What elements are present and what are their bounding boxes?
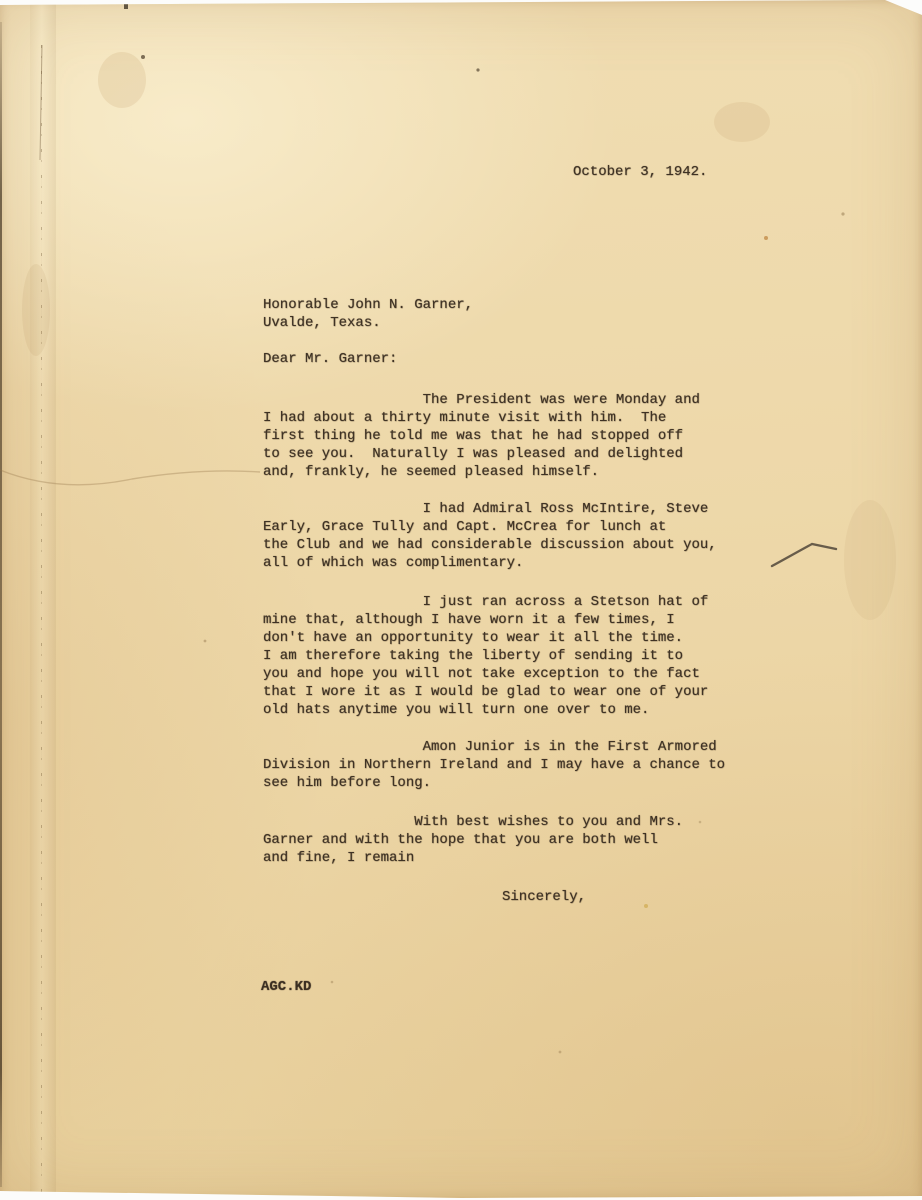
pencil-check-mark: [772, 544, 836, 566]
recipient-address: Honorable John N. Garner, Uvalde, Texas.: [263, 296, 473, 332]
closing-sincerely: Sincerely,: [502, 888, 586, 906]
paragraph-president-visit: The President was were Monday and I had …: [263, 391, 700, 481]
paragraph-stetson-hat: I just ran across a Stetson hat of mine …: [263, 593, 708, 719]
fold-crease-line: [41, 45, 42, 1195]
salutation: Dear Mr. Garner:: [263, 350, 397, 368]
letter-page: October 3, 1942. Honorable John N. Garne…: [0, 0, 922, 1200]
fold-shade: [30, 0, 56, 1200]
letter-date: October 3, 1942.: [573, 163, 707, 181]
paragraph-lunch-guests: I had Admiral Ross McIntire, Steve Early…: [263, 500, 717, 572]
paragraph-amon-junior: Amon Junior is in the First Armored Divi…: [263, 738, 725, 792]
scan-edge-line: [0, 22, 2, 1187]
top-edge-mark: [124, 0, 128, 9]
paragraph-best-wishes: With best wishes to you and Mrs. Garner …: [263, 813, 683, 867]
typist-initials: AGC.KD: [261, 978, 311, 996]
